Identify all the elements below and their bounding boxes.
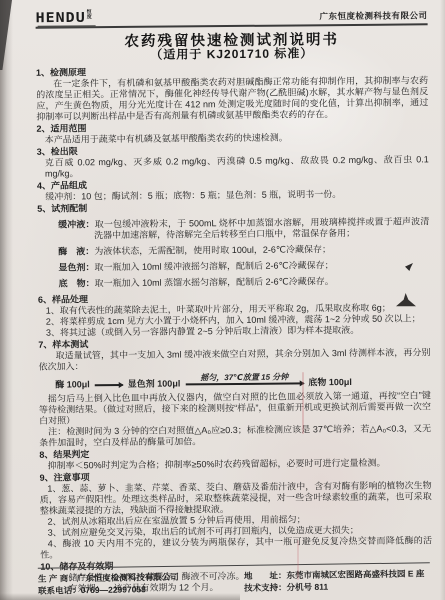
reagent-item: 酶 液：为液体状态，无需配制，使用时取 100ul，2-6℃冷藏保存；: [58, 243, 429, 257]
phone-label: 联系电话：: [38, 585, 81, 596]
reagent-text: 取一瓶加入 10ml 蒸馏水摇匀溶解，配制后 2-6℃冷藏保存。: [95, 276, 334, 288]
document-subtitle: （适用于 KJ201710 标准）: [36, 47, 428, 61]
phone-line: 联系电话：0769—22997058: [38, 582, 244, 597]
section-heading: 5、试剂配制: [37, 200, 429, 214]
flow-step-enzyme: 酶 100μl: [52, 379, 93, 390]
photo-edge-shadow: [0, 0, 13, 600]
section-note: 注：检测时间为 3 分钟的空白对照值△A₀应≥0.3；标准检测应该是 37℃培养…: [39, 423, 431, 448]
reagent-item: 缓冲液：取一包缓冲液粉末，于 500mL 烧杯中加蒸馏水溶解，用玻璃棒搅拌或置于…: [58, 216, 429, 241]
reagent-text: 为液体状态，无需配制，使用时取 100ul，2-6℃冷藏保存；: [94, 244, 331, 256]
reagent-item: 底 物：取一瓶加入 10ml 蒸馏水摇匀溶解，配制后 2-6℃冷藏保存。: [59, 275, 430, 289]
section-precautions: 9、注意事项 1、葱、蒜、萝卜、韭菜、芹菜、香菜、茭白、蘑菇及番茄汁液中，含有对…: [40, 469, 433, 560]
section-sample-testing: 7、样本测试 取适量试管，其中一支加入 3ml 缓冲液来做空白对照，其余分别加入…: [38, 336, 431, 448]
section-paragraph: 在一定条件下，有机磷和氨基甲酸酯类农药对胆碱酯酶正常功能有抑制作用，其抑制率与农…: [36, 75, 428, 122]
manufacturer-label: 生 产 商：: [38, 573, 77, 584]
section-reagent-preparation: 5、试剂配制 缓冲液：取一包缓冲液粉末，于 500mL 烧杯中加蒸馏水溶解，用玻…: [37, 200, 430, 289]
section-paragraph: 取适量试管，其中一支加入 3ml 缓冲液来做空白对照，其余分别加入 3ml 待测…: [38, 347, 430, 372]
scan-streak: [302, 372, 304, 434]
support-value: 分机号 811: [287, 582, 329, 593]
address-value: 东莞市南城区宏图路高盛科技园 E 座: [286, 568, 424, 580]
brand-logo-cn: 恒 度: [87, 10, 92, 20]
photo-corner-shadow: [0, 0, 12, 70]
list-item: 4、酶液 10 天内用不完的，建议分装为两瓶保存，其中一瓶可避免反复冷热交替而降…: [40, 535, 432, 560]
section-sample-processing: 6、样品处理 1、取有代表性的蔬菜除去泥土，叶菜取叶片部分，用天平称取 2g，瓜…: [38, 291, 430, 338]
reagent-text: 取一包缓冲液粉末，于 500mL 烧杯中加蒸馏水溶解，用玻璃棒搅拌或置于超声波清…: [94, 216, 429, 240]
section-detection-principle: 1、检测原理 在一定条件下，有机磷和氨基甲酸酯类农药对胆碱酯酶正常功能有抑制作用…: [36, 64, 428, 122]
document-page: HENDU 恒 度 广东恒度检测科技有限公司 农药残留快速检测试剂说明书 （适用…: [35, 1, 432, 595]
section-paragraph: 摇匀后马上倒入比色皿中再放入仪器内，做空白对照的比色皿必须放入第一通道，再按“空…: [39, 390, 431, 426]
photo-right-shadow: [440, 0, 445, 600]
section-scope: 2、适用范围 本产品适用于蔬菜中有机磷及氨基甲酸酯类农药的快速检测。: [36, 120, 428, 145]
reagent-text: 取一瓶加入 10ml 缓冲液摇匀溶解，配制后 2-6℃冷藏保存；: [94, 260, 333, 272]
company-name: 广东恒度检测科技有限公司: [319, 10, 427, 22]
reagent-label: 酶 液：: [58, 246, 94, 256]
phone-value: 0769—22997058: [81, 584, 146, 595]
reagent-item: 显色剂：取一瓶加入 10ml 缓冲液摇匀溶解，配制后 2-6℃冷藏保存；: [58, 259, 429, 273]
address-label: 地 址：: [244, 570, 287, 581]
section-result-determination: 8、结果判定 抑制率＜50%时判定为合格；抑制率≥50%时农药残留超标，必要时可…: [39, 446, 431, 471]
list-item: 1、葱、蒜、萝卜、韭菜、芹菜、香菜、茭白、蘑菇及番茄汁液中，含有对酶有影响的植物…: [40, 480, 432, 516]
reagent-label: 底 物：: [59, 278, 95, 288]
flow-step-chromogenic: 显色剂 100μl: [125, 378, 184, 390]
reagent-label: 缓冲液：: [58, 219, 95, 229]
scan-streak: [297, 540, 299, 580]
brand-logo-text: HENDU: [35, 11, 85, 24]
procedure-flow-diagram: 酶 100μl 显色剂 100μl 摇匀，37℃放置 15 分钟 底物 100μ…: [52, 371, 431, 390]
address-line: 地 址：东莞市南城区宏图路高盛科技园 E 座: [244, 567, 425, 582]
section-product-composition: 4、产品组成 缓冲剂：10 包；酶试剂：5 瓶；底物：5 瓶；显色剂：5 瓶，说…: [37, 177, 429, 202]
support-line: 技术支持：分机号 811: [244, 579, 425, 594]
flow-arrow: [95, 384, 123, 386]
section-detection-limits: 3、检出限 克百威 0.02 mg/kg、灭多威 0.2 mg/kg、丙溴磷 0…: [37, 143, 429, 179]
brand-logo: HENDU 恒 度: [35, 10, 91, 24]
footer-left-column: 生 产 商：广东恒度检测科技有限公司 联系电话：0769—22997058: [38, 570, 244, 597]
flow-arrow-labeled: 摇匀，37℃放置 15 分钟: [185, 372, 303, 385]
reagent-label: 显色剂：: [58, 262, 94, 272]
page-header: HENDU 恒 度 广东恒度检测科技有限公司: [35, 1, 427, 24]
page-footer: 生 产 商：广东恒度检测科技有限公司 联系电话：0769—22997058 地 …: [38, 562, 430, 596]
flow-step-substrate: 底物 100μl: [305, 376, 355, 387]
manufacturer-value: 广东恒度检测科技有限公司: [77, 572, 179, 583]
footer-right-column: 地 址：东莞市南城区宏图路高盛科技园 E 座 技术支持：分机号 811: [244, 567, 425, 594]
brand-logo-cn-bottom: 度: [87, 15, 92, 20]
support-label: 技术支持：: [244, 582, 287, 593]
section-paragraph: 克百威 0.02 mg/kg、灭多威 0.2 mg/kg、丙溴磷 0.5 mg/…: [37, 154, 429, 179]
